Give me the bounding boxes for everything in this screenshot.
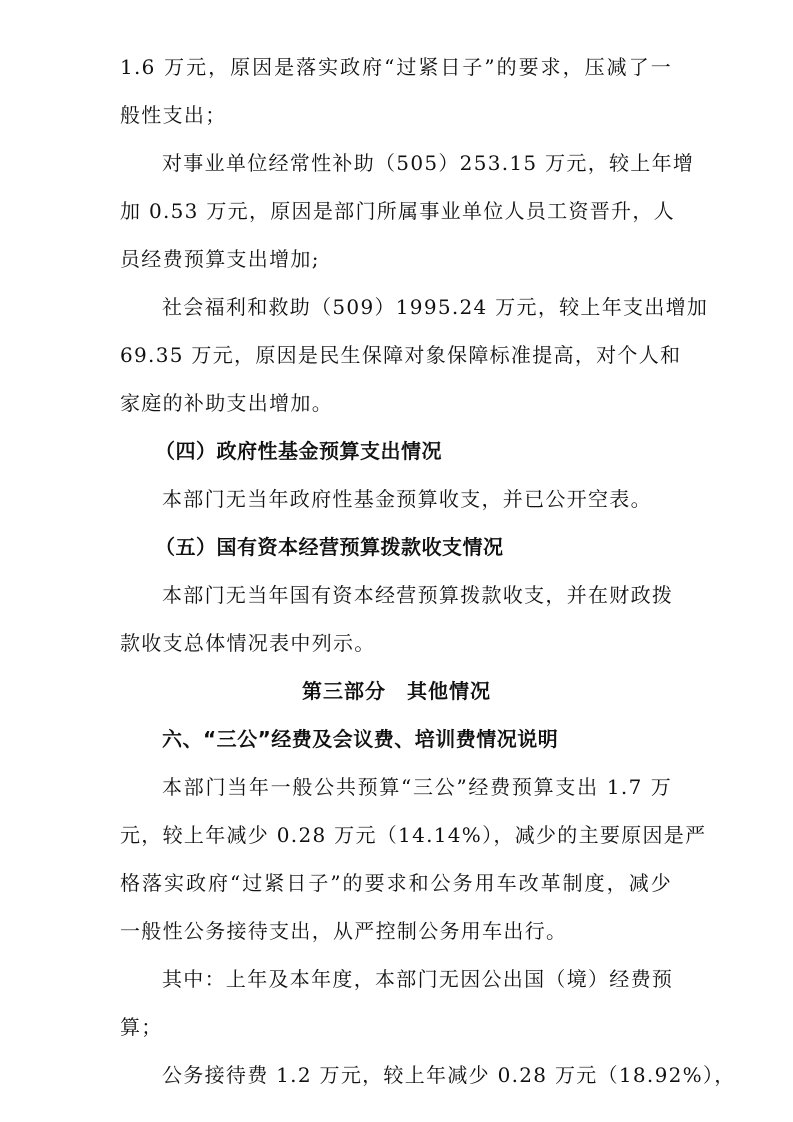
paragraph-line: 般性支出； xyxy=(120,102,672,128)
paragraph-line: 对事业单位经常性补助（505）253.15 万元，较上年增 xyxy=(162,150,672,176)
paragraph-line: 家庭的补助支出增加。 xyxy=(120,390,672,416)
section-heading-government-fund: （四）政府性基金预算支出情况 xyxy=(155,438,665,464)
paragraph-line: 算； xyxy=(120,1014,672,1040)
paragraph-line: 加 0.53 万元，原因是部门所属事业单位人员工资晋升，人 xyxy=(120,198,672,224)
part-title: 第三部分 其他情况 xyxy=(0,678,793,704)
paragraph-line: 格落实政府“过紧日子”的要求和公务用车改革制度，减少 xyxy=(120,870,672,896)
paragraph-line: 本部门无当年国有资本经营预算拨款收支，并在财政拨 xyxy=(162,582,672,608)
paragraph-line: 员经费预算支出增加; xyxy=(120,246,672,272)
section-heading-three-public: 六、“三公”经费及会议费、培训费情况说明 xyxy=(162,726,672,752)
paragraph-line: 一般性公务接待支出，从严控制公务用车出行。 xyxy=(120,918,672,944)
paragraph-line: 社会福利和救助（509）1995.24 万元，较上年支出增加 xyxy=(162,294,672,320)
paragraph-line: 其中：上年及本年度，本部门无因公出国（境）经费预 xyxy=(162,966,672,992)
section-heading-state-capital: （五）国有资本经营预算拨款收支情况 xyxy=(155,534,665,560)
paragraph-line: 公务接待费 1.2 万元，较上年减少 0.28 万元（18.92%）， xyxy=(162,1062,672,1088)
paragraph-line: 款收支总体情况表中列示。 xyxy=(120,630,672,656)
paragraph-line: 本部门无当年政府性基金预算收支，并已公开空表。 xyxy=(162,486,672,512)
paragraph-line: 1.6 万元，原因是落实政府“过紧日子”的要求，压减了一 xyxy=(120,54,672,80)
paragraph-line: 本部门当年一般公共预算“三公”经费预算支出 1.7 万 xyxy=(162,774,672,800)
paragraph-line: 69.35 万元，原因是民生保障对象保障标准提高，对个人和 xyxy=(120,342,672,368)
document-page: 1.6 万元，原因是落实政府“过紧日子”的要求，压减了一 般性支出； 对事业单位… xyxy=(0,0,793,1122)
paragraph-line: 元，较上年减少 0.28 万元（14.14%），减少的主要原因是严 xyxy=(120,822,672,848)
